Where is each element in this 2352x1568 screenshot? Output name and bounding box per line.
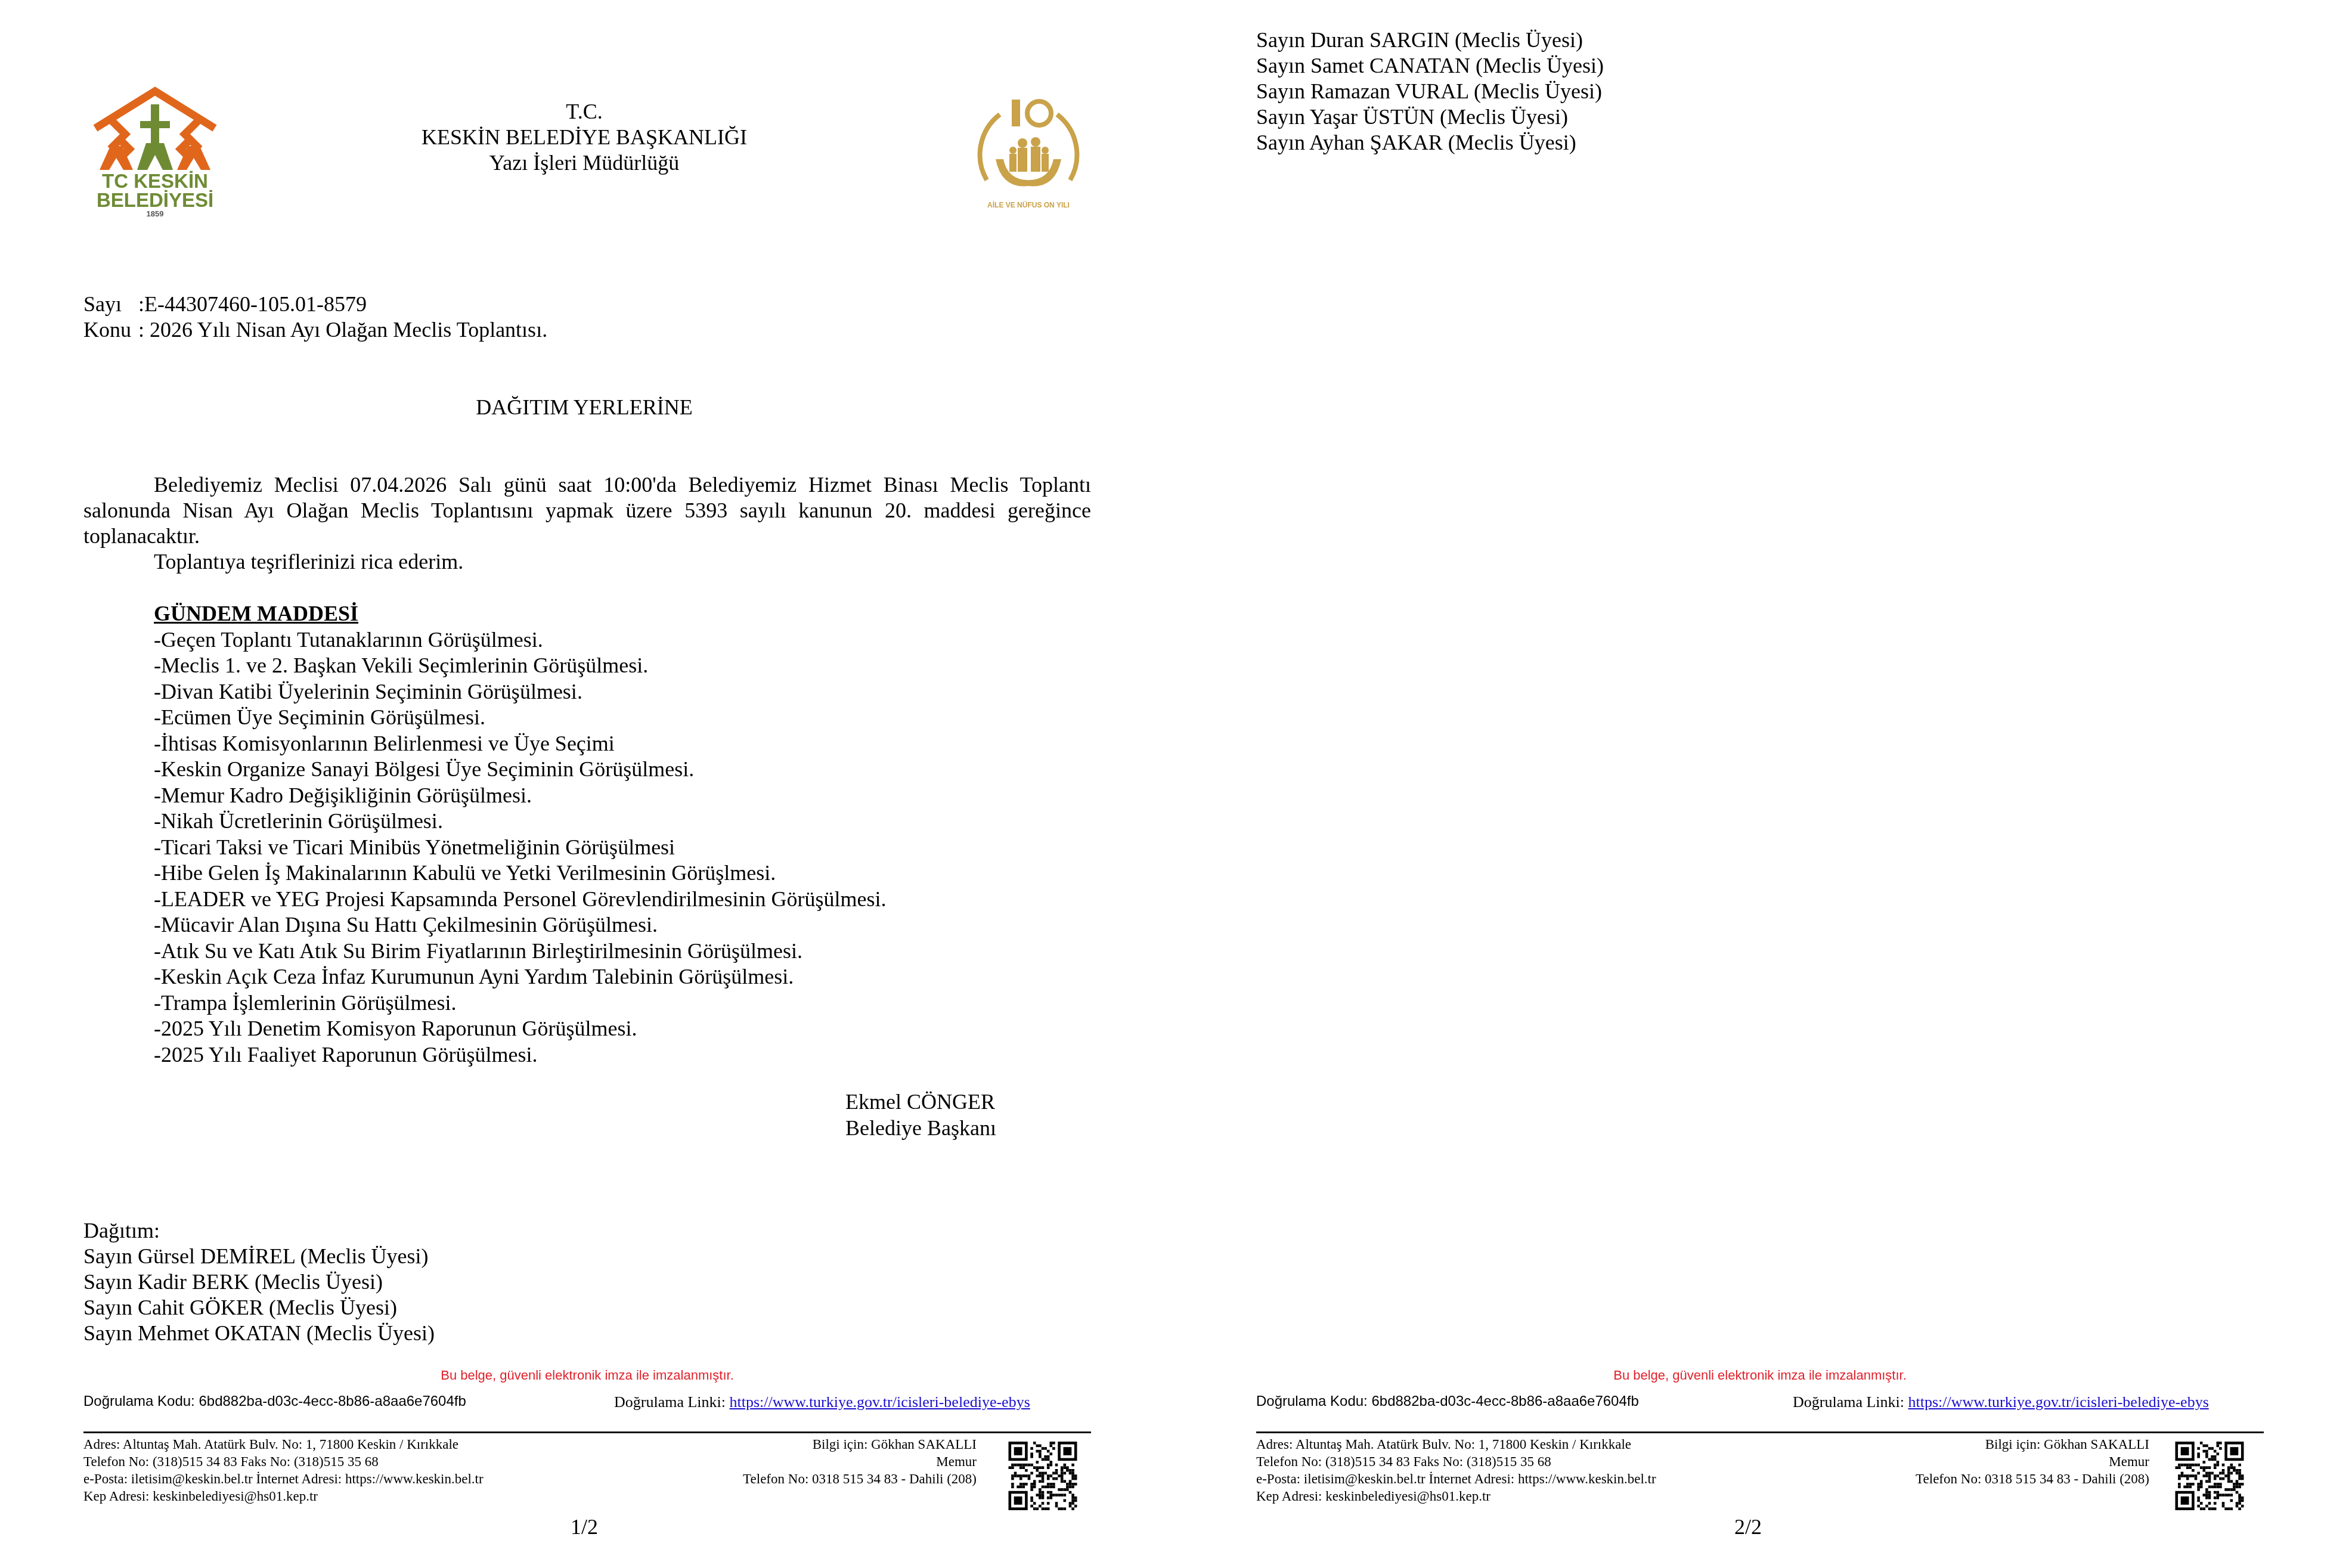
distribution-item: Sayın Kadir BERK (Meclis Üyesi) — [83, 1269, 435, 1295]
address-block: Adres: Altuntaş Mah. Atatürk Bulv. No: 1… — [1256, 1436, 1656, 1505]
verify-code-label: Doğrulama Kodu: — [1256, 1393, 1368, 1409]
agenda-item: -Divan Katibi Üyelerinin Seçiminin Görüş… — [154, 679, 886, 705]
agenda-item: -Ecümen Üye Seçiminin Görüşülmesi. — [154, 705, 886, 731]
verify-code-value: 6bd882ba-d03c-4ecc-8b86-a8aa6e7604fb — [1371, 1393, 1638, 1409]
verify-link-label: Doğrulama Linki: — [614, 1393, 726, 1411]
distribution-item: Sayın Ramazan VURAL (Meclis Üyesi) — [1256, 79, 1604, 104]
esign-notice: Bu belge, güvenli elektronik imza ile im… — [1256, 1368, 2264, 1383]
keskin-municipality-logo-icon: TC KESKİN BELEDİYESİ 1859 — [86, 86, 224, 218]
agenda-item: -Keskin Organize Sanayi Bölgesi Üye Seçi… — [154, 757, 886, 783]
verify-code-label: Doğrulama Kodu: — [83, 1393, 195, 1409]
agenda-item: -Atık Su ve Katı Atık Su Birim Fiyatları… — [154, 938, 886, 965]
agenda-item: -Meclis 1. ve 2. Başkan Vekili Seçimleri… — [154, 653, 886, 679]
agenda-item: -Hibe Gelen İş Makinalarının Kabulü ve Y… — [154, 860, 886, 887]
signature-block: Ekmel CÖNGER Belediye Başkanı — [845, 1089, 996, 1141]
qr-code-icon — [1006, 1442, 1079, 1510]
esign-notice: Bu belge, güvenli elektronik imza ile im… — [83, 1368, 1091, 1383]
header-institution: KESKİN BELEDİYE BAŞKANLIĞI — [417, 125, 751, 150]
body-text: Belediyemiz Meclisi 07.04.2026 Salı günü… — [83, 473, 1091, 548]
document-number: Sayı:E-44307460-105.01-8579 — [83, 292, 367, 317]
address-line: Kep Adresi: keskinbelediyesi@hs01.kep.tr — [83, 1488, 484, 1505]
verify-code: Doğrulama Kodu: 6bd882ba-d03c-4ecc-8b86-… — [1256, 1393, 1639, 1410]
document-page-1: TC KESKİN BELEDİYESİ 1859 T.C. KESKİN BE… — [0, 0, 1176, 1568]
contact-block: Bilgi için: Gökhan SAKALLIMemurTelefon N… — [667, 1436, 977, 1488]
agenda-item: -2025 Yılı Denetim Komisyon Raporunun Gö… — [154, 1016, 886, 1042]
verify-link: Doğrulama Linki: https://www.turkiye.gov… — [614, 1393, 1030, 1411]
signer-name: Ekmel CÖNGER — [845, 1089, 996, 1115]
agenda-item: -Nikah Ücretlerinin Görüşülmesi. — [154, 808, 886, 835]
distribution-item: Sayın Duran SARGIN (Meclis Üyesi) — [1256, 27, 1604, 53]
konu-label: Konu — [83, 317, 138, 343]
page-number: 1/2 — [525, 1514, 644, 1539]
document-subject: Konu: 2026 Yılı Nisan Ayı Olağan Meclis … — [83, 317, 547, 343]
agenda-item: -LEADER ve YEG Projesi Kapsamında Person… — [154, 887, 886, 913]
agenda-item: -Keskin Açık Ceza İnfaz Kurumunun Ayni Y… — [154, 964, 886, 990]
qr-code-icon — [2173, 1442, 2246, 1510]
distribution-item: Sayın Gürsel DEMİREL (Meclis Üyesi) — [83, 1244, 435, 1269]
contact-line: Telefon No: 0318 515 34 83 - Dahili (208… — [667, 1470, 977, 1488]
agenda-item: -Memur Kadro Değişikliğinin Görüşülmesi. — [154, 783, 886, 809]
distribution-item: Sayın Yaşar ÜSTÜN (Meclis Üyesi) — [1256, 104, 1604, 130]
sayi-label: Sayı — [83, 292, 138, 317]
konu-value: : 2026 Yılı Nisan Ayı Olağan Meclis Topl… — [138, 318, 547, 342]
contact-line: Memur — [667, 1453, 977, 1470]
contact-block: Bilgi için: Gökhan SAKALLIMemurTelefon N… — [1839, 1436, 2149, 1488]
agenda-item: -Mücavir Alan Dışına Su Hattı Çekilmesin… — [154, 912, 886, 938]
agenda-title: GÜNDEM MADDESİ — [154, 601, 886, 627]
closing-text: Toplantıya teşriflerinizi rica ederim. — [154, 549, 463, 575]
contact-line: Bilgi için: Gökhan SAKALLI — [1839, 1436, 2149, 1453]
verify-code: Doğrulama Kodu: 6bd882ba-d03c-4ecc-8b86-… — [83, 1393, 466, 1410]
agenda-item: -Trampa İşlemlerinin Görüşülmesi. — [154, 990, 886, 1017]
agenda-item: -İhtisas Komisyonlarının Belirlenmesi ve… — [154, 731, 886, 757]
address-line: Telefon No: (318)515 34 83 Faks No: (318… — [83, 1453, 484, 1470]
address-line: Telefon No: (318)515 34 83 Faks No: (318… — [1256, 1453, 1656, 1470]
footer-divider — [1256, 1431, 2264, 1433]
agenda-item: -Geçen Toplantı Tutanaklarının Görüşülme… — [154, 627, 886, 653]
verify-code-value: 6bd882ba-d03c-4ecc-8b86-a8aa6e7604fb — [199, 1393, 466, 1409]
contact-line: Memur — [1839, 1453, 2149, 1470]
distribution-item: Sayın Cahit GÖKER (Meclis Üyesi) — [83, 1295, 435, 1321]
body-paragraph: Belediyemiz Meclisi 07.04.2026 Salı günü… — [83, 472, 1091, 549]
page-number: 2/2 — [1688, 1514, 1808, 1539]
svg-text:BELEDİYESİ: BELEDİYESİ — [97, 189, 213, 211]
address-line: Adres: Altuntaş Mah. Atatürk Bulv. No: 1… — [1256, 1436, 1656, 1453]
sayi-value: :E-44307460-105.01-8579 — [138, 292, 367, 316]
header-department: Yazı İşleri Müdürlüğü — [417, 150, 751, 176]
distribution-list-page-1: Dağıtım: Sayın Gürsel DEMİREL (Meclis Üy… — [83, 1218, 435, 1346]
agenda-list: GÜNDEM MADDESİ -Geçen Toplantı Tutanakla… — [154, 601, 886, 1068]
distribution-item: Sayın Ayhan ŞAKAR (Meclis Üyesi) — [1256, 130, 1604, 156]
verify-link-label: Doğrulama Linki: — [1793, 1393, 1904, 1411]
agenda-item: -2025 Yılı Faaliyet Raporunun Görüşülmes… — [154, 1042, 886, 1068]
distribution-item: Sayın Mehmet OKATAN (Meclis Üyesi) — [83, 1321, 435, 1346]
document-page-2: Sayın Duran SARGIN (Meclis Üyesi)Sayın S… — [1176, 0, 2352, 1568]
address-line: e-Posta: iletisim@keskin.bel.tr İnternet… — [1256, 1470, 1656, 1488]
family-decade-emblem-icon: AİLE VE NÜFUS ON YILI — [969, 91, 1088, 213]
address-line: Kep Adresi: keskinbelediyesi@hs01.kep.tr — [1256, 1488, 1656, 1505]
signer-title: Belediye Başkanı — [845, 1115, 996, 1141]
contact-line: Telefon No: 0318 515 34 83 - Dahili (208… — [1839, 1470, 2149, 1488]
verify-link-url[interactable]: https://www.turkiye.gov.tr/icisleri-bele… — [1908, 1393, 2209, 1411]
footer-divider — [83, 1431, 1091, 1433]
contact-line: Bilgi için: Gökhan SAKALLI — [667, 1436, 977, 1453]
agenda-item: -Ticari Taksi ve Ticari Minibüs Yönetmel… — [154, 835, 886, 861]
distribution-list-page-2: Sayın Duran SARGIN (Meclis Üyesi)Sayın S… — [1256, 27, 1604, 156]
address-line: e-Posta: iletisim@keskin.bel.tr İnternet… — [83, 1470, 484, 1488]
addressee: DAĞITIM YERLERİNE — [417, 395, 751, 420]
svg-text:AİLE VE NÜFUS ON YILI: AİLE VE NÜFUS ON YILI — [987, 200, 1070, 209]
svg-text:1859: 1859 — [147, 209, 164, 218]
distribution-item: Sayın Samet CANATAN (Meclis Üyesi) — [1256, 53, 1604, 79]
address-block: Adres: Altuntaş Mah. Atatürk Bulv. No: 1… — [83, 1436, 484, 1505]
verify-link: Doğrulama Linki: https://www.turkiye.gov… — [1793, 1393, 2209, 1411]
distribution-label: Dağıtım: — [83, 1218, 435, 1244]
verify-link-url[interactable]: https://www.turkiye.gov.tr/icisleri-bele… — [730, 1393, 1030, 1411]
address-line: Adres: Altuntaş Mah. Atatürk Bulv. No: 1… — [83, 1436, 484, 1453]
header-tc: T.C. — [417, 99, 751, 125]
